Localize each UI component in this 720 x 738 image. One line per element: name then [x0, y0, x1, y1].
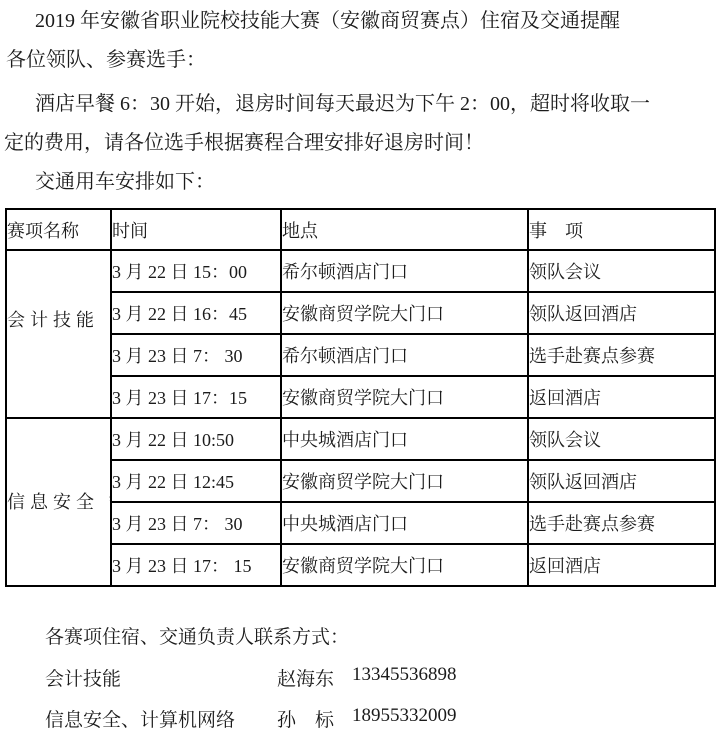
- contact-event: 会计技能: [45, 664, 121, 691]
- place-cell: 安徽商贸学院大门口: [281, 292, 528, 334]
- group-name-accounting: 会计技能: [6, 250, 111, 418]
- item-cell: 选手赴赛点参赛: [528, 334, 715, 376]
- contact-row: 会计技能 赵海东 13345536898: [0, 664, 720, 690]
- place-cell: 安徽商贸学院大门口: [281, 460, 528, 502]
- item-cell: 领队返回酒店: [528, 292, 715, 334]
- place-cell: 希尔顿酒店门口: [281, 334, 528, 376]
- time-cell: 3 月 22 日 15：00: [111, 250, 281, 292]
- table-row: 3 月 22 日 12:45 安徽商贸学院大门口 领队返回酒店: [6, 460, 715, 502]
- item-cell: 返回酒店: [528, 544, 715, 586]
- greeting-line: 各位领队、参赛选手：: [6, 47, 206, 73]
- item-cell: 返回酒店: [528, 376, 715, 418]
- table-row: 信息安全 管理、计 算机网络 应用 3 月 22 日 10:50 中央城酒店门口…: [6, 418, 715, 460]
- table-header-row: 赛项名称 时间 地点 事 项: [6, 209, 715, 250]
- table-row: 3 月 23 日 17： 15 安徽商贸学院大门口 返回酒店: [6, 544, 715, 586]
- item-cell: 选手赴赛点参赛: [528, 502, 715, 544]
- table-row: 会计技能 3 月 22 日 15：00 希尔顿酒店门口 领队会议: [6, 250, 715, 292]
- place-cell: 中央城酒店门口: [281, 502, 528, 544]
- header-place: 地点: [281, 209, 528, 250]
- table-row: 3 月 23 日 7： 30 中央城酒店门口 选手赴赛点参赛: [6, 502, 715, 544]
- contact-person: 赵海东: [277, 664, 334, 691]
- item-cell: 领队会议: [528, 418, 715, 460]
- page-title: 2019 年安徽省职业院校技能大赛（安徽商贸赛点）住宿及交通提醒: [35, 8, 620, 34]
- contact-phone: 18955332009: [352, 705, 457, 727]
- notice-line-2: 定的费用，请各位选手根据赛程合理安排好退房时间！: [4, 130, 484, 156]
- time-cell: 3 月 22 日 10:50: [111, 418, 281, 460]
- notice-line-1: 酒店早餐 6：30 开始，退房时间每天最迟为下午 2：00，超时将收取一: [35, 91, 650, 117]
- table-row: 3 月 23 日 7： 30 希尔顿酒店门口 选手赴赛点参赛: [6, 334, 715, 376]
- table-row: 3 月 22 日 16：45 安徽商贸学院大门口 领队返回酒店: [6, 292, 715, 334]
- contact-phone: 13345536898: [352, 664, 457, 686]
- contacts-heading: 各赛项住宿、交通负责人联系方式：: [45, 622, 349, 649]
- header-event-name: 赛项名称: [6, 209, 111, 250]
- place-cell: 希尔顿酒店门口: [281, 250, 528, 292]
- time-cell: 3 月 23 日 7： 30: [111, 502, 281, 544]
- time-cell: 3 月 23 日 7： 30: [111, 334, 281, 376]
- transport-intro-line: 交通用车安排如下：: [35, 169, 215, 195]
- time-cell: 3 月 23 日 17： 15: [111, 544, 281, 586]
- time-cell: 3 月 22 日 16：45: [111, 292, 281, 334]
- time-cell: 3 月 22 日 12:45: [111, 460, 281, 502]
- contact-person: 孙 标: [277, 705, 334, 732]
- place-cell: 中央城酒店门口: [281, 418, 528, 460]
- item-cell: 领队会议: [528, 250, 715, 292]
- item-cell: 领队返回酒店: [528, 460, 715, 502]
- group-name-infosec: 信息安全 管理、计 算机网络 应用: [6, 418, 111, 586]
- header-time: 时间: [111, 209, 281, 250]
- time-cell: 3 月 23 日 17：15: [111, 376, 281, 418]
- place-cell: 安徽商贸学院大门口: [281, 376, 528, 418]
- place-cell: 安徽商贸学院大门口: [281, 544, 528, 586]
- table-row: 3 月 23 日 17：15 安徽商贸学院大门口 返回酒店: [6, 376, 715, 418]
- contact-row: 信息安全、计算机网络 孙 标 18955332009: [0, 705, 720, 731]
- contact-event: 信息安全、计算机网络: [45, 705, 235, 732]
- document-page: 2019 年安徽省职业院校技能大赛（安徽商贸赛点）住宿及交通提醒 各位领队、参赛…: [0, 0, 720, 738]
- transport-schedule-table: 赛项名称 时间 地点 事 项 会计技能 3 月 22 日 15：00 希尔顿酒店…: [5, 208, 716, 587]
- header-item: 事 项: [528, 209, 715, 250]
